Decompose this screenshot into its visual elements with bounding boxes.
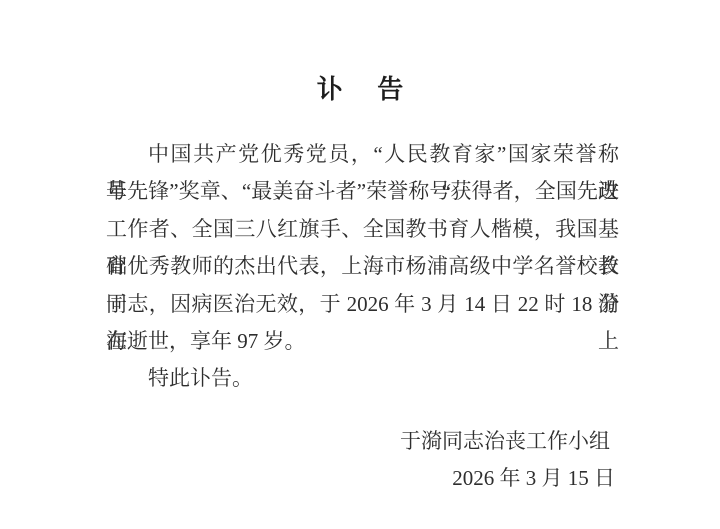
- document-body: 中国共产党优秀党员，“人民教育家”国家荣誉称号、“改 革先锋”奖章、“最美奋斗者…: [106, 136, 619, 398]
- signature-line: 于漪同志治丧工作小组: [400, 429, 610, 454]
- closing-line: 特此讣告。: [106, 360, 619, 397]
- date-line: 2026 年 3 月 15 日: [452, 466, 615, 491]
- body-line: 中国共产党优秀党员，“人民教育家”国家荣誉称号、“改: [106, 136, 619, 173]
- body-line: 育优秀教师的杰出代表，上海市杨浦高级中学名誉校长于漪: [106, 248, 619, 285]
- body-line: 工作者、全国三八红旗手、全国教书育人楷模，我国基础教: [106, 211, 619, 248]
- body-line: 同志，因病医治无效，于 2026 年 3 月 14 日 22 时 18 分在上: [106, 286, 619, 323]
- obituary-document: 讣 告 中国共产党优秀党员，“人民教育家”国家荣誉称号、“改 革先锋”奖章、“最…: [0, 0, 720, 529]
- document-title: 讣 告: [0, 69, 720, 106]
- body-line: 革先锋”奖章、“最美奋斗者”荣誉称号获得者，全国先进: [106, 173, 619, 210]
